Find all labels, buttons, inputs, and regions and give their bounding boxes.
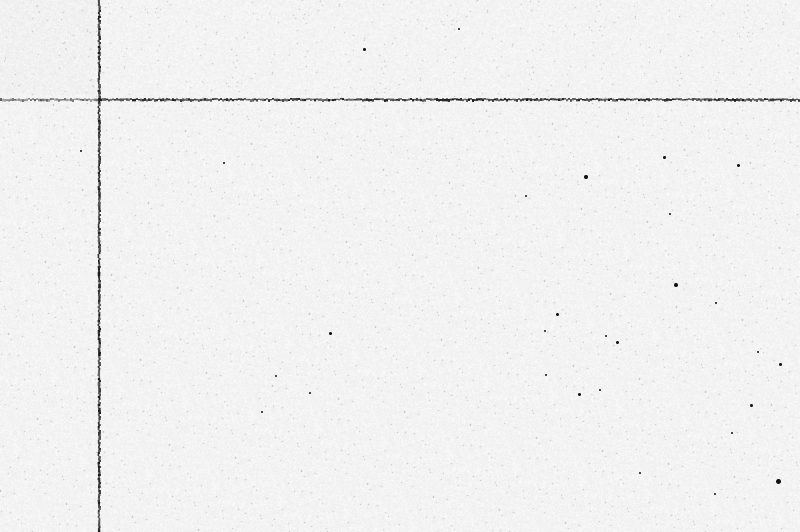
ink-speck — [757, 351, 759, 353]
ink-speck — [776, 479, 781, 484]
ink-speck — [223, 162, 225, 164]
vertical-margin-rule — [97, 0, 101, 532]
ink-speck — [663, 156, 666, 159]
ink-speck — [545, 374, 547, 376]
ink-speck — [737, 164, 740, 167]
ink-speck — [639, 472, 641, 474]
ink-speck — [525, 195, 527, 197]
ink-speck — [584, 175, 588, 179]
ink-speck — [599, 389, 601, 391]
ink-speck — [779, 363, 782, 366]
ink-speck — [674, 283, 678, 287]
ink-speck — [750, 404, 753, 407]
ink-speck — [80, 150, 82, 152]
ink-speck — [616, 341, 619, 344]
ink-speck — [556, 313, 559, 316]
ink-speck — [363, 48, 366, 51]
ink-speck — [669, 213, 671, 215]
ink-speck — [714, 493, 716, 495]
ink-speck — [309, 392, 311, 394]
ink-speck — [275, 375, 277, 377]
ink-speck — [605, 335, 607, 337]
ink-speck — [458, 28, 460, 30]
ink-speck — [329, 332, 332, 335]
paper-texture — [0, 0, 800, 532]
horizontal-header-rule — [0, 97, 800, 102]
ink-speck — [715, 302, 717, 304]
ink-speck — [578, 393, 581, 396]
scanned-paper — [0, 0, 800, 532]
ink-speck — [261, 411, 263, 413]
ink-speck — [731, 432, 733, 434]
ink-speck — [544, 330, 546, 332]
